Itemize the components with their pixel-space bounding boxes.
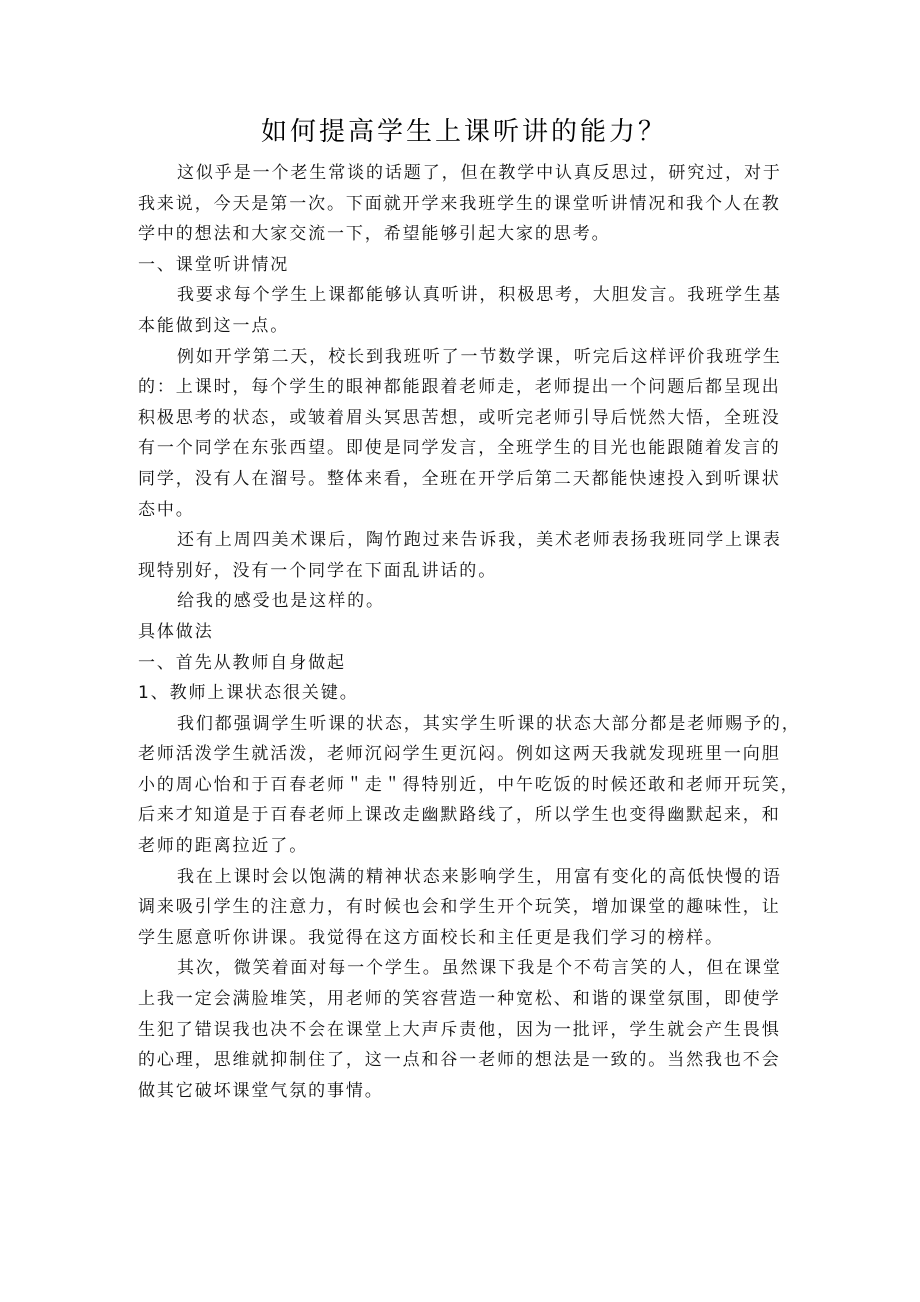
text-line: 调来吸引学生的注意力，有时候也会和学生开个玩笑，增加课堂的趣味性，让 [138, 892, 790, 923]
text-line: 学生愿意听你讲课。我觉得在这方面校长和主任更是我们学习的榜样。 [138, 923, 790, 954]
text-line: 小的周心怡和于百春老师＂走＂得特别近，中午吃饭的时候还敢和老师开玩笑， [138, 770, 790, 801]
text-line: 同学，没有人在溜号。整体来看，全班在开学后第二天都能快速投入到听课状 [138, 464, 790, 495]
text-line: 一、课堂听讲情况 [138, 250, 790, 281]
text-line: 我在上课时会以饱满的精神状态来影响学生，用富有变化的高低快慢的语 [138, 862, 790, 893]
text-line: 做其它破坏课堂气氛的事情。 [138, 1076, 790, 1107]
text-line: 积极思考的状态，或皱着眉头冥思苦想，或听完老师引导后恍然大悟，全班没 [138, 403, 790, 434]
text-line: 后来才知道是于百春老师上课改走幽默路线了，所以学生也变得幽默起来，和 [138, 800, 790, 831]
text-line: 的：上课时，每个学生的眼神都能跟着老师走，老师提出一个问题后都呈现出 [138, 372, 790, 403]
text-line: 上我一定会满脸堆笑，用老师的笑容营造一种宽松、和谐的课堂氛围，即使学 [138, 984, 790, 1015]
text-line: 学中的想法和大家交流一下，希望能够引起大家的思考。 [138, 219, 790, 250]
text-line: 本能做到这一点。 [138, 311, 790, 342]
text-line: 现特别好，没有一个同学在下面乱讲话的。 [138, 556, 790, 587]
text-line: 我们都强调学生听课的状态，其实学生听课的状态大部分都是老师赐予的， [138, 709, 790, 740]
text-line: 有一个同学在东张西望。即使是同学发言，全班学生的目光也能跟随着发言的 [138, 433, 790, 464]
text-line: 老师的距离拉近了。 [138, 831, 790, 862]
text-line: 还有上周四美术课后，陶竹跑过来告诉我，美术老师表扬我班同学上课表 [138, 525, 790, 556]
text-line: 生犯了错误我也决不会在课堂上大声斥责他，因为一批评，学生就会产生畏惧 [138, 1015, 790, 1046]
text-line: 老师活泼学生就活泼，老师沉闷学生更沉闷。例如这两天我就发现班里一向胆 [138, 739, 790, 770]
text-line: 1、教师上课状态很关键。 [138, 678, 790, 709]
text-line: 态中。 [138, 495, 790, 526]
text-line: 给我的感受也是这样的。 [138, 586, 790, 617]
text-line: 我来说，今天是第一次。下面就开学来我班学生的课堂听讲情况和我个人在教 [138, 189, 790, 220]
text-line: 例如开学第二天，校长到我班听了一节数学课，听完后这样评价我班学生 [138, 342, 790, 373]
text-line: 其次，微笑着面对每一个学生。虽然课下我是个不苟言笑的人，但在课堂 [138, 953, 790, 984]
document-title: 如何提高学生上课听讲的能力？ [138, 112, 790, 152]
text-line: 这似乎是一个老生常谈的话题了，但在教学中认真反思过，研究过，对于 [138, 158, 790, 189]
document-body: 这似乎是一个老生常谈的话题了，但在教学中认真反思过，研究过，对于我来说，今天是第… [138, 158, 790, 1106]
document-page: 如何提高学生上课听讲的能力？ 这似乎是一个老生常谈的话题了，但在教学中认真反思过… [138, 112, 790, 1106]
text-line: 具体做法 [138, 617, 790, 648]
text-line: 的心理，思维就抑制住了，这一点和谷一老师的想法是一致的。当然我也不会 [138, 1045, 790, 1076]
text-line: 我要求每个学生上课都能够认真听讲，积极思考，大胆发言。我班学生基 [138, 280, 790, 311]
text-line: 一、首先从教师自身做起 [138, 648, 790, 679]
